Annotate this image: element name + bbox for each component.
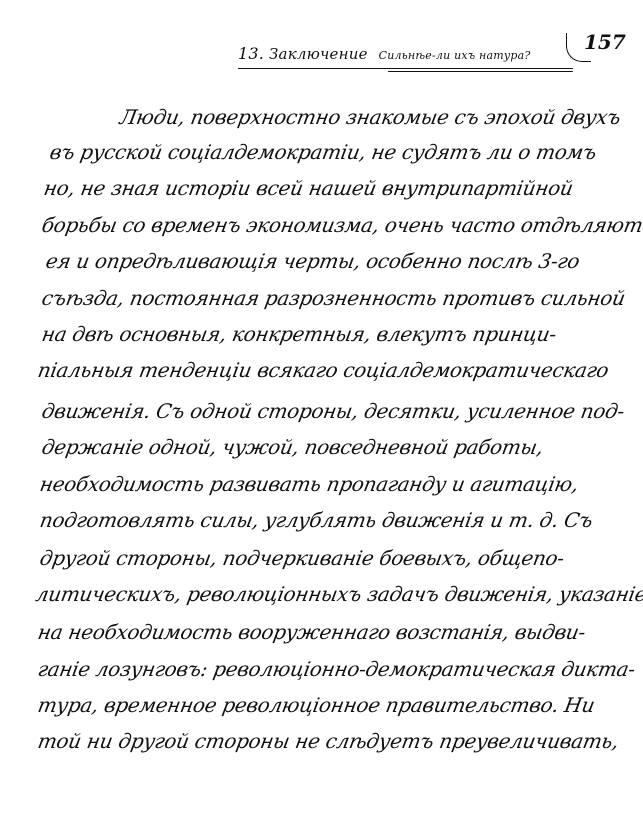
handwritten-line: необходимость развивать пропаганду и аги… — [38, 472, 622, 496]
handwritten-line: но, не зная исторіи всей нашей внутрипар… — [42, 176, 626, 200]
page-number: 157 — [574, 30, 634, 58]
page-header: 13. Заключение Сильнѣе-ли ихъ натура? 15… — [238, 30, 628, 70]
section-heading: 13. Заключение Сильнѣе-ли ихъ натура? — [238, 44, 531, 63]
handwritten-line: съѣзда, постоянная разрозненность против… — [40, 286, 624, 310]
manuscript-page: 13. Заключение Сильнѣе-ли ихъ натура? 15… — [0, 0, 643, 813]
handwritten-line: на необходимость вооруженнаго возстанія,… — [36, 620, 620, 644]
handwritten-line: держаніе одной, чужой, повседневной рабо… — [40, 435, 624, 459]
handwritten-line: движенія. Съ одной стороны, десятки, уси… — [40, 399, 624, 423]
handwritten-line: борьбы со временъ экономизма, очень част… — [40, 213, 624, 237]
handwritten-line: подготовлять силы, углублять движенія и … — [38, 508, 622, 532]
section-subtitle: Сильнѣе-ли ихъ натура? — [379, 49, 531, 62]
handwritten-line: литическихъ, революціонныхъ задачъ движе… — [34, 582, 618, 606]
handwritten-line: ея и опредѣливающія черты, особенно посл… — [44, 249, 628, 273]
section-title: Заключение — [269, 45, 368, 63]
handwritten-line: піальныя тенденціи всякаго соціалдемокра… — [36, 358, 620, 382]
heading-underline — [238, 68, 573, 69]
handwritten-line: на двѣ основныя, конкретныя, влекутъ при… — [40, 322, 624, 346]
handwritten-line: ганіе лозунговъ: революціонно-демократич… — [36, 657, 620, 681]
heading-underline-secondary — [388, 71, 573, 72]
handwritten-line: Люди, поверхностно знакомые съ эпохой дв… — [118, 105, 643, 129]
handwritten-line: той ни другой стороны не слѣдуетъ преуве… — [36, 729, 620, 753]
handwritten-line: тура, временное революціонное правительс… — [36, 693, 620, 717]
handwritten-line: другой стороны, подчеркиваніе боевыхъ, о… — [38, 546, 622, 570]
section-number: 13. — [238, 44, 264, 63]
handwritten-line: въ русской соціалдемократіи, не судятъ л… — [48, 140, 632, 164]
